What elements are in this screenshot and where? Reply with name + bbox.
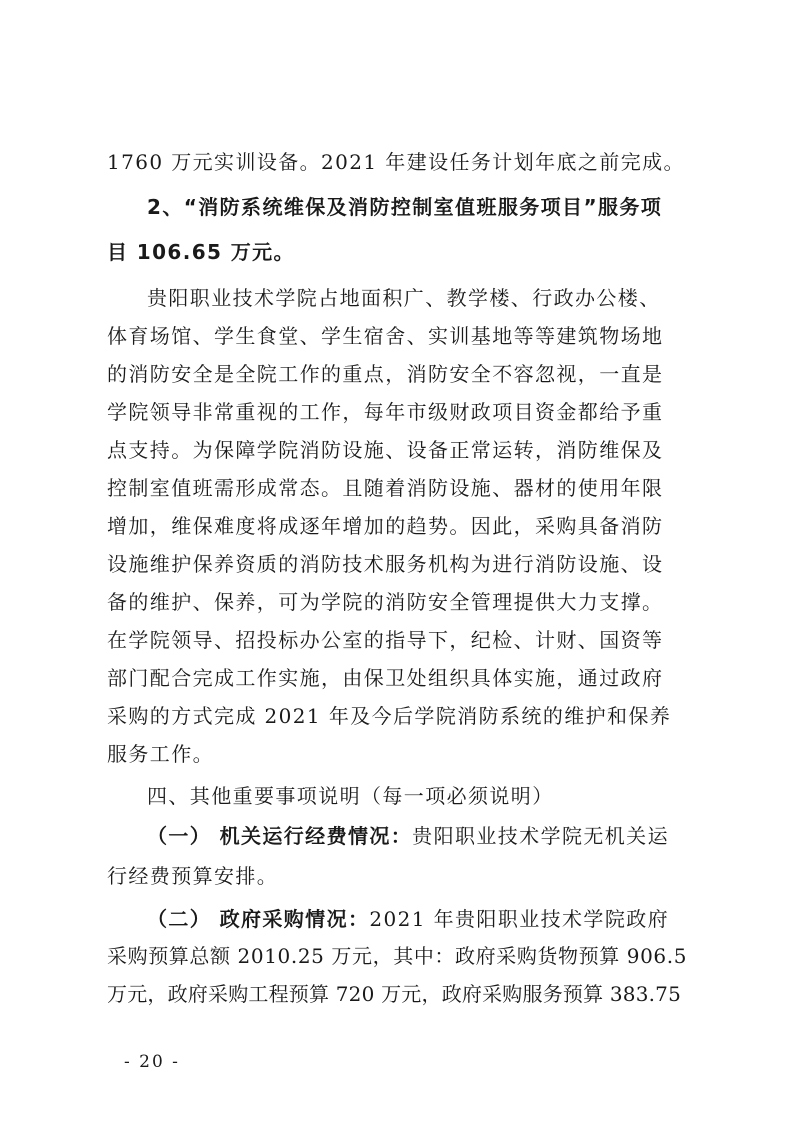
item-heading: 2、“消防系统维保及消防控制室值班服务项目”服务项 [147,189,652,225]
paragraph-line: 万元，政府采购工程预算 720 万元，政府采购服务预算 383.75 [107,976,652,1012]
paragraph-line: 部门配合完成工作实施，由保卫处组织具体实施，通过政府 [107,660,652,696]
page-number: - 20 - [124,1050,180,1074]
subsection-2-body: 2021 年贵阳职业技术学院政府 [369,907,669,931]
paragraph-line: 增加，维保难度将成逐年增加的趋势。因此，采购具备消防 [107,508,652,544]
paragraph-line: 服务工作。 [107,736,652,772]
paragraph-line: 行经费预算安排。 [107,858,652,894]
subsection-1-line: （一） 机关运行经费情况：贵阳职业技术学院无机关运 [147,818,652,854]
paragraph-line: 备的维护、保养，可为学院的消防安全管理提供大力支撑。 [107,584,652,620]
document-page: 1760 万元实训设备。2021 年建设任务计划年底之前完成。 2、“消防系统维… [0,0,793,1122]
paragraph-line: 采购预算总额 2010.25 万元，其中：政府采购货物预算 906.5 [107,938,652,974]
paragraph-line: 学院领导非常重视的工作，每年市级财政项目资金都给予重 [107,394,652,430]
subsection-2-label: （二） 政府采购情况： [147,907,369,931]
paragraph-line: 设施维护保养资质的消防技术服务机构为进行消防设施、设 [107,546,652,582]
paragraph-line: 在学院领导、招投标办公室的指导下，纪检、计财、国资等 [107,622,652,658]
paragraph-line: 贵阳职业技术学院占地面积广、教学楼、行政办公楼、 [147,280,652,316]
paragraph-line: 体育场馆、学生食堂、学生宿舍、实训基地等等建筑物场地 [107,318,652,354]
paragraph-line: 采购的方式完成 2021 年及今后学院消防系统的维护和保养 [107,698,652,734]
paragraph-line: 点支持。为保障学院消防设施、设备正常运转，消防维保及 [107,432,652,468]
item-heading-continuation: 目 106.65 万元。 [107,234,652,270]
subsection-1-body: 贵阳职业技术学院无机关运 [412,824,669,848]
subsection-2-line: （二） 政府采购情况：2021 年贵阳职业技术学院政府 [147,901,652,937]
paragraph-line: 的消防安全是全院工作的重点，消防安全不容忽视，一直是 [107,356,652,392]
subsection-1-label: （一） 机关运行经费情况： [147,824,412,848]
section-heading: 四、其他重要事项说明（每一项必须说明） [147,778,652,814]
paragraph-line: 控制室值班需形成常态。且随着消防设施、器材的使用年限 [107,470,652,506]
paragraph-line: 1760 万元实训设备。2021 年建设任务计划年底之前完成。 [107,144,652,180]
